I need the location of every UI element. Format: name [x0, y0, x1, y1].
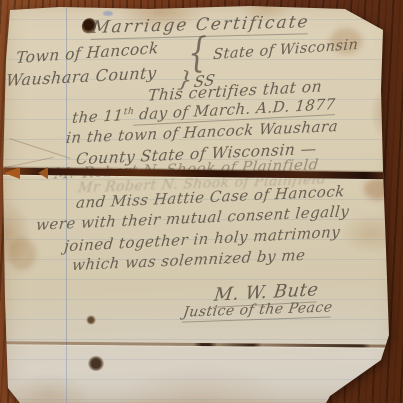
date-prefix: the 11 — [71, 106, 124, 127]
crease-line — [9, 138, 70, 159]
certificate-paper-shadow: Marriage Certificate Town of Hancock { S… — [0, 0, 403, 403]
town-line: Town of Hancock — [16, 39, 160, 67]
small-dark-spot — [86, 315, 96, 325]
bottom-flap — [0, 346, 403, 403]
brown-smudge — [364, 178, 392, 200]
left-stain — [8, 238, 36, 270]
crack-wedge-mid — [38, 167, 48, 179]
signature-title: Justice of the Peace — [182, 299, 334, 322]
crack-wedge-left — [4, 167, 20, 179]
certificate-paper: Marriage Certificate Town of Hancock { S… — [0, 0, 403, 403]
state-line: State of Wisconsin — [213, 37, 359, 63]
blue-pencil-mark — [103, 11, 113, 16]
county-line: Waushara County — [5, 63, 157, 90]
photo-of-marriage-certificate: Marriage Certificate Town of Hancock { S… — [0, 0, 403, 403]
